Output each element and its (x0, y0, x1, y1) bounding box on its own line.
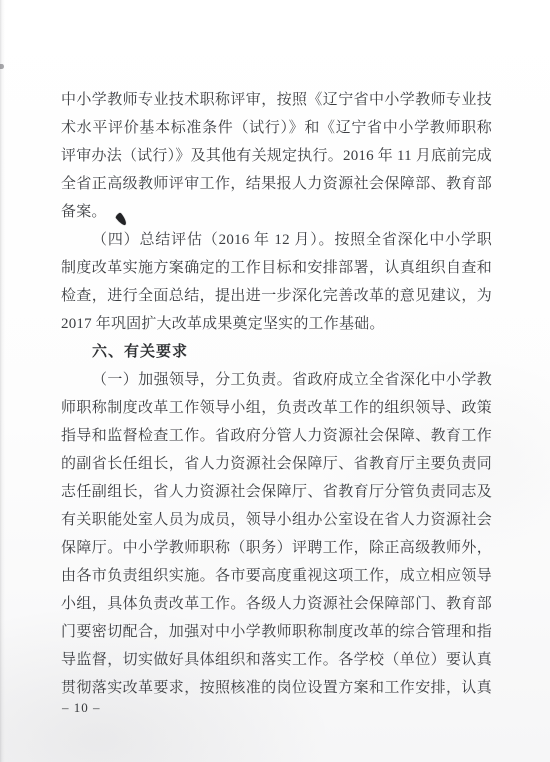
text-line: 由各市负责组织实施。各市要高度重视这项工作，成立相应领导 (61, 562, 492, 590)
text-line: 制度改革实施方案确定的工作目标和安排部署，认真组织自查和 (61, 254, 492, 282)
text-line: 的副省长任组长，省人力资源社会保障厅、省教育厅主要负责同 (61, 450, 492, 478)
text-line: 志任副组长，省人力资源社会保障厅、省教育厅分管负责同志及 (61, 478, 492, 506)
text-line: 评审办法（试行）》及其他有关规定执行。2016 年 11 月底前完成 (61, 142, 492, 170)
text-line: 小组，具体负责改革工作。各级人力资源社会保障部门、教育部 (61, 590, 492, 618)
scanned-page: 中小学教师专业技术职称评审，按照《辽宁省中小学教师专业技术水平评价基本标准条件（… (0, 0, 550, 762)
text-line: 全省正高级教师评审工作，结果报人力资源社会保障部、教育部 (61, 170, 492, 198)
text-line: 2017 年巩固扩大改革成果奠定坚实的工作基础。 (61, 310, 492, 338)
text-line: 导监督，切实做好具体组织和落实工作。各学校（单位）要认真 (61, 646, 492, 674)
text-line: 门要密切配合，加强对中小学教师职称制度改革的综合管理和指 (61, 618, 492, 646)
text-line: （四）总结评估（2016 年 12 月）。按照全省深化中小学职称 (61, 226, 492, 254)
scan-edge-speck (0, 64, 4, 69)
text-line: （一）加强领导，分工负责。省政府成立全省深化中小学教 (61, 366, 492, 394)
section-heading: 六、有关要求 (61, 338, 492, 366)
text-line: 保障厅。中小学教师职称（职务）评聘工作，除正高级教师外， (61, 534, 492, 562)
text-line: 师职称制度改革工作领导小组，负责改革工作的组织领导、政策 (61, 394, 492, 422)
text-line: 指导和监督检查工作。省政府分管人力资源社会保障、教育工作 (61, 422, 492, 450)
text-line: 术水平评价基本标准条件（试行）》和《辽宁省中小学教师职称 (61, 114, 492, 142)
document-body: 中小学教师专业技术职称评审，按照《辽宁省中小学教师专业技术水平评价基本标准条件（… (61, 86, 492, 702)
text-line: 中小学教师专业技术职称评审，按照《辽宁省中小学教师专业技 (61, 86, 492, 114)
page-number: – 10 – (62, 700, 101, 716)
text-line: 有关职能处室人员为成员，领导小组办公室设在省人力资源社会 (61, 506, 492, 534)
text-line: 贯彻落实改革要求，按照核准的岗位设置方案和工作安排，认真 (61, 674, 492, 702)
text-line: 检查，进行全面总结，提出进一步深化完善改革的意见建议，为 (61, 282, 492, 310)
